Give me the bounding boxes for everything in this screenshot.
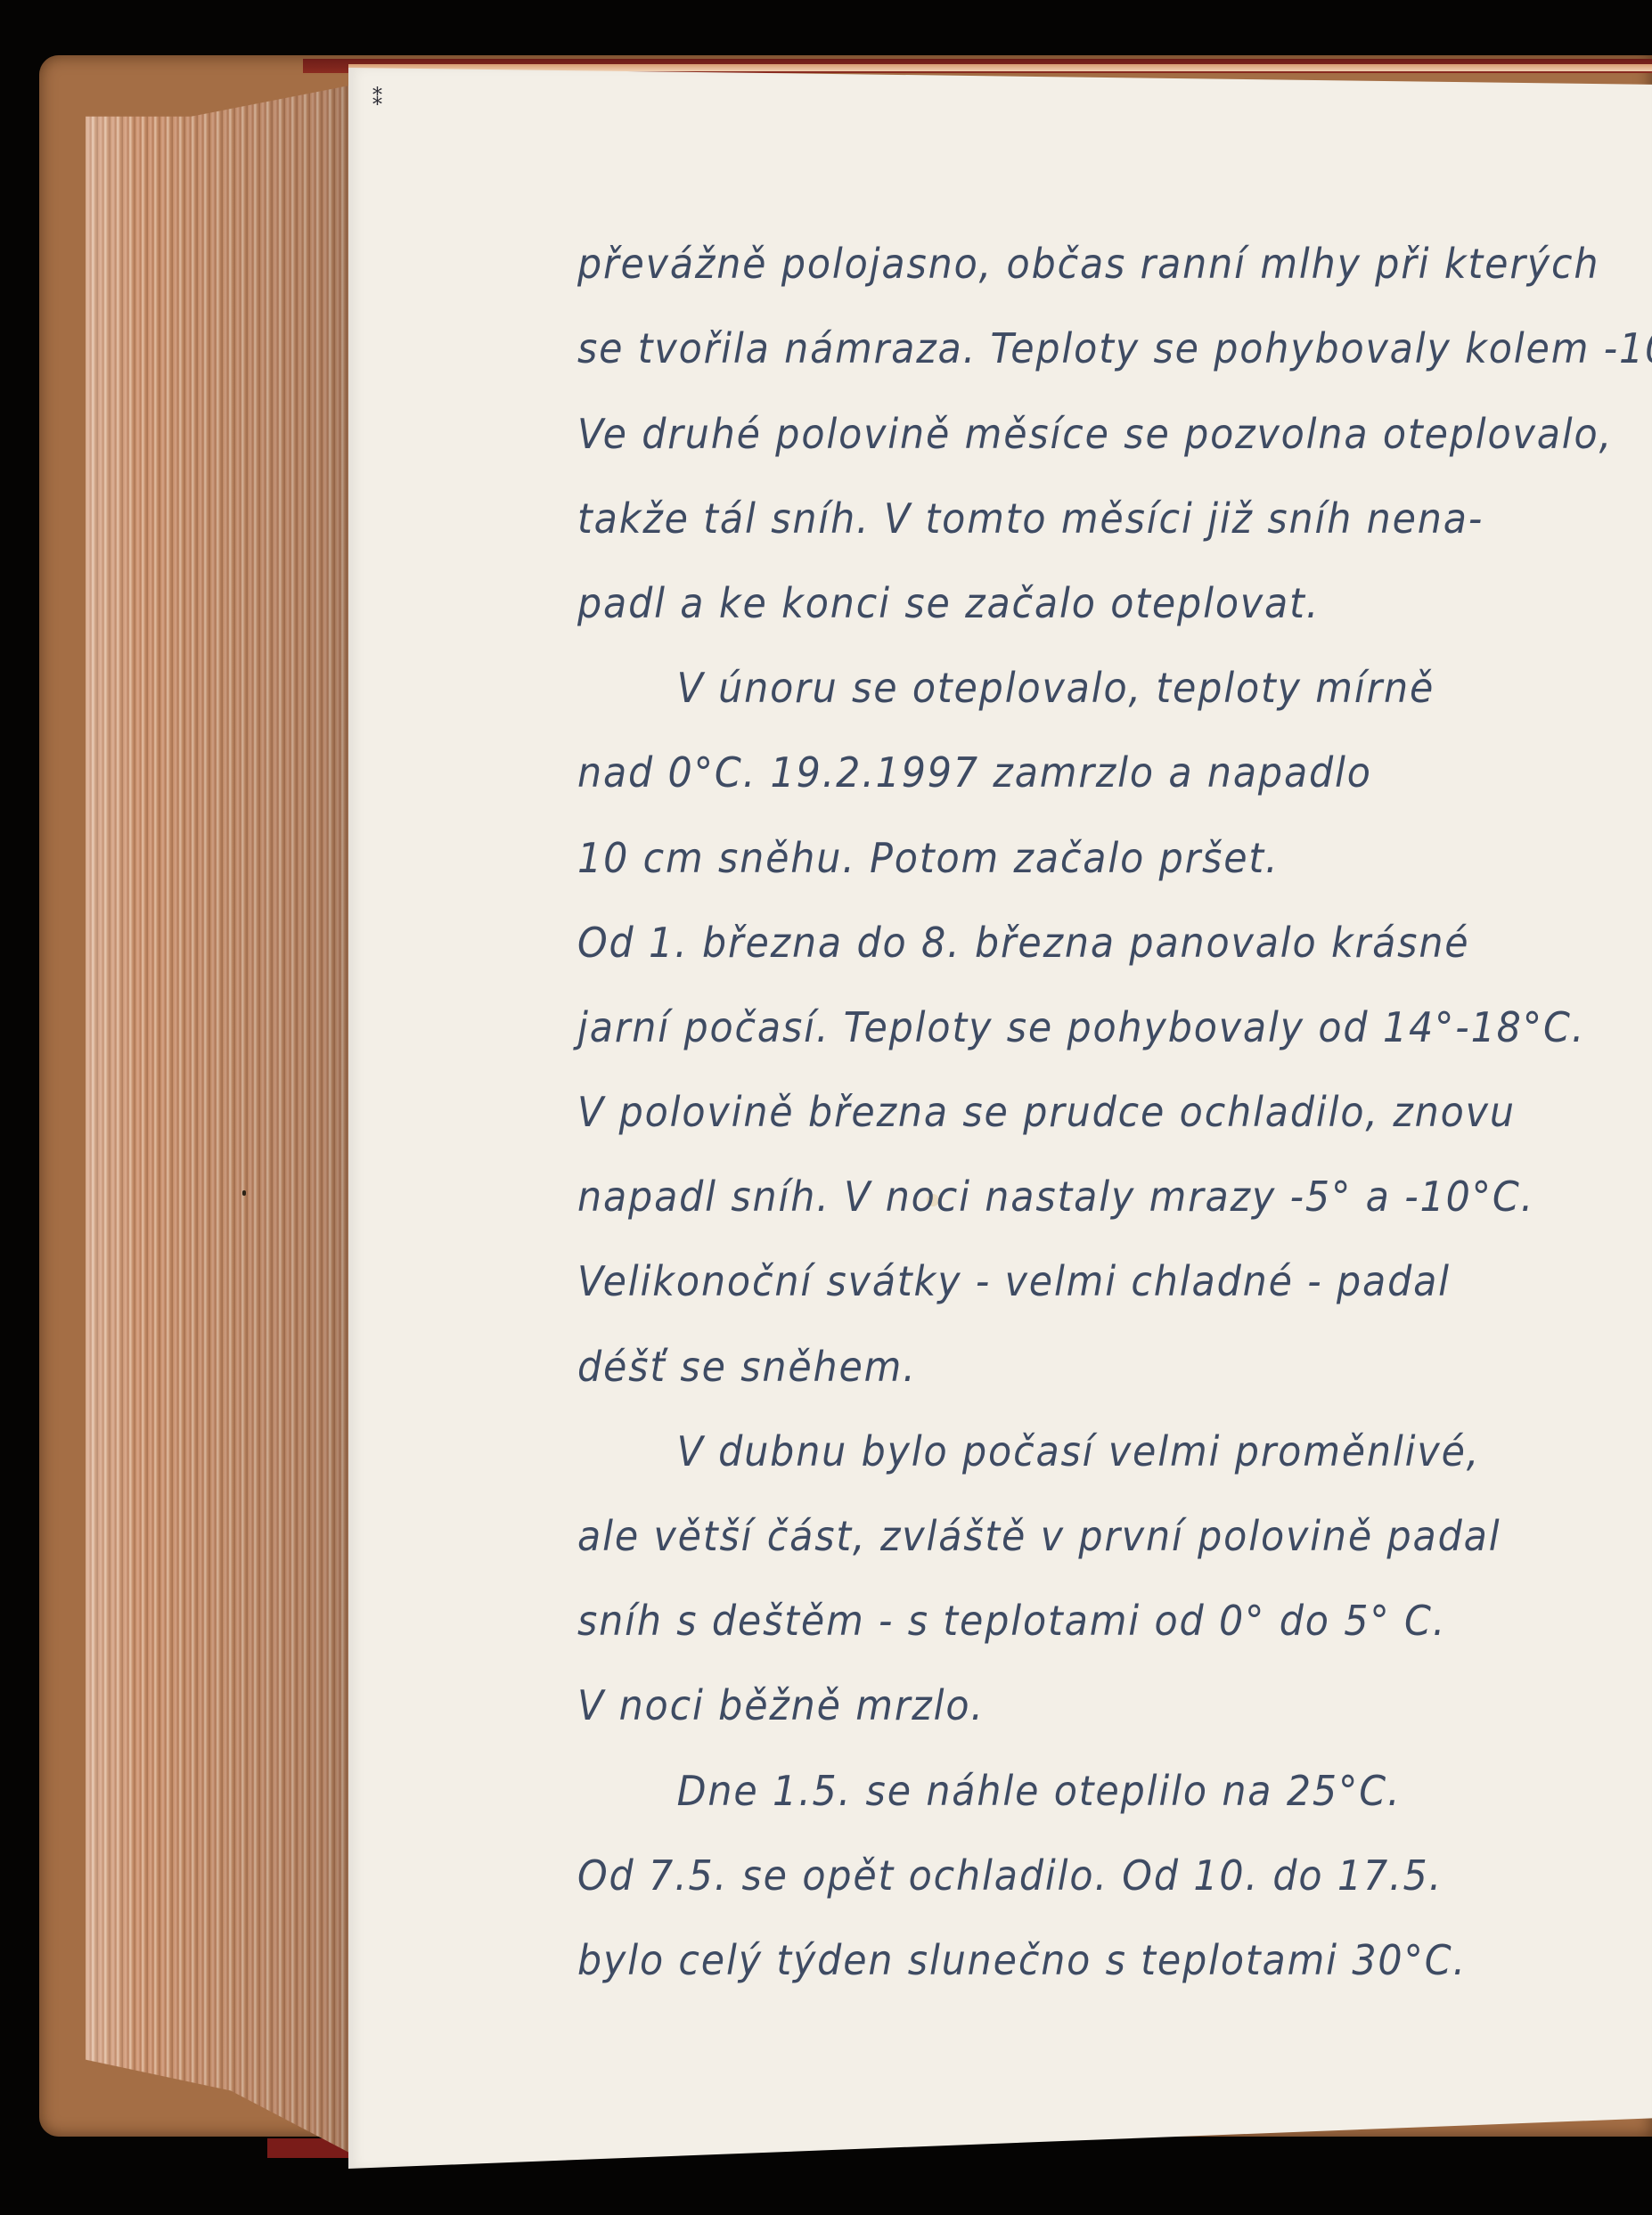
page-top-gilt-edge xyxy=(348,64,1652,71)
text-line-paragraph-start: V únoru se oteplovalo, teploty mírně xyxy=(577,634,1555,719)
text-line: 10 cm sněhu. Potom začalo pršet. xyxy=(577,804,1555,888)
text-line: napadl sníh. V noci nastaly mrazy -5° a … xyxy=(577,1143,1555,1228)
text-line: déšť se sněhem. xyxy=(577,1312,1555,1397)
text-line: jarní počasí. Teploty se pohybovaly od 1… xyxy=(577,974,1555,1058)
ink-blot-mark: ⁑ xyxy=(372,89,381,110)
text-line: takže tál sníh. V tomto měsíci již sníh … xyxy=(577,465,1555,550)
text-line-paragraph-start: Dne 1.5. se náhle oteplilo na 25°C. xyxy=(577,1737,1555,1821)
text-line-paragraph-start: V dubnu bylo počasí velmi proměnlivé, xyxy=(577,1398,1555,1483)
binding-mark xyxy=(242,1190,246,1196)
text-line: bylo celý týden slunečno s teplotami 30°… xyxy=(577,1907,1555,1991)
text-line: se tvořila námraza. Teploty se pohyboval… xyxy=(577,295,1555,380)
text-line: padl a ke konci se začalo oteplovat. xyxy=(577,550,1555,634)
text-line: ale větší část, zvláště v první polovině… xyxy=(577,1483,1555,1567)
text-line: nad 0°C. 19.2.1997 zamrzlo a napadlo xyxy=(577,719,1555,804)
text-line: Od 7.5. se opět ochladilo. Od 10. do 17.… xyxy=(577,1822,1555,1907)
text-line: sníh s deštěm - s teplotami od 0° do 5° … xyxy=(577,1567,1555,1652)
text-line: V noci běžně mrzlo. xyxy=(577,1652,1555,1737)
page-stack-edges xyxy=(86,86,349,2153)
text-line: V polovině března se prudce ochladilo, z… xyxy=(577,1058,1555,1143)
text-line: převážně polojasno, občas ranní mlhy při… xyxy=(577,210,1555,295)
text-line: Velikonoční svátky - velmi chladné - pad… xyxy=(577,1228,1555,1312)
text-line: Ve druhé polovině měsíce se pozvolna ote… xyxy=(577,380,1555,464)
text-line: Od 1. března do 8. března panovalo krásn… xyxy=(577,889,1555,974)
handwritten-text-block: převážně polojasno, občas ranní mlhy při… xyxy=(577,210,1629,1991)
